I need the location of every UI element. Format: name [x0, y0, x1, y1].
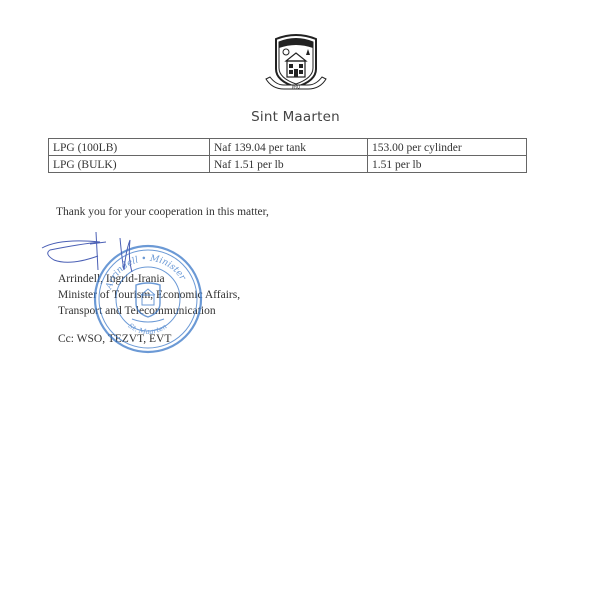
- product-cell: LPG (BULK): [49, 156, 210, 173]
- price-alt-cell: 153.00 per cylinder: [368, 139, 527, 156]
- handwritten-signature-icon: [40, 230, 140, 275]
- table-row: LPG (BULK) Naf 1.51 per lb 1.51 per lb: [49, 156, 527, 173]
- price-naf-cell: Naf 1.51 per lb: [210, 156, 368, 173]
- svg-text:PRO: PRO: [292, 85, 300, 90]
- coat-of-arms-icon: PRO: [262, 33, 330, 95]
- svg-text:St. Maarten: St. Maarten: [127, 322, 169, 336]
- product-cell: LPG (100LB): [49, 139, 210, 156]
- closing-text: Thank you for your cooperation in this m…: [56, 206, 269, 218]
- price-alt-cell: 1.51 per lb: [368, 156, 527, 173]
- lpg-rates-table: LPG (100LB) Naf 139.04 per tank 153.00 p…: [48, 138, 527, 173]
- page-title: Sint Maarten: [0, 109, 591, 125]
- price-naf-cell: Naf 139.04 per tank: [210, 139, 368, 156]
- table-row: LPG (100LB) Naf 139.04 per tank 153.00 p…: [49, 139, 527, 156]
